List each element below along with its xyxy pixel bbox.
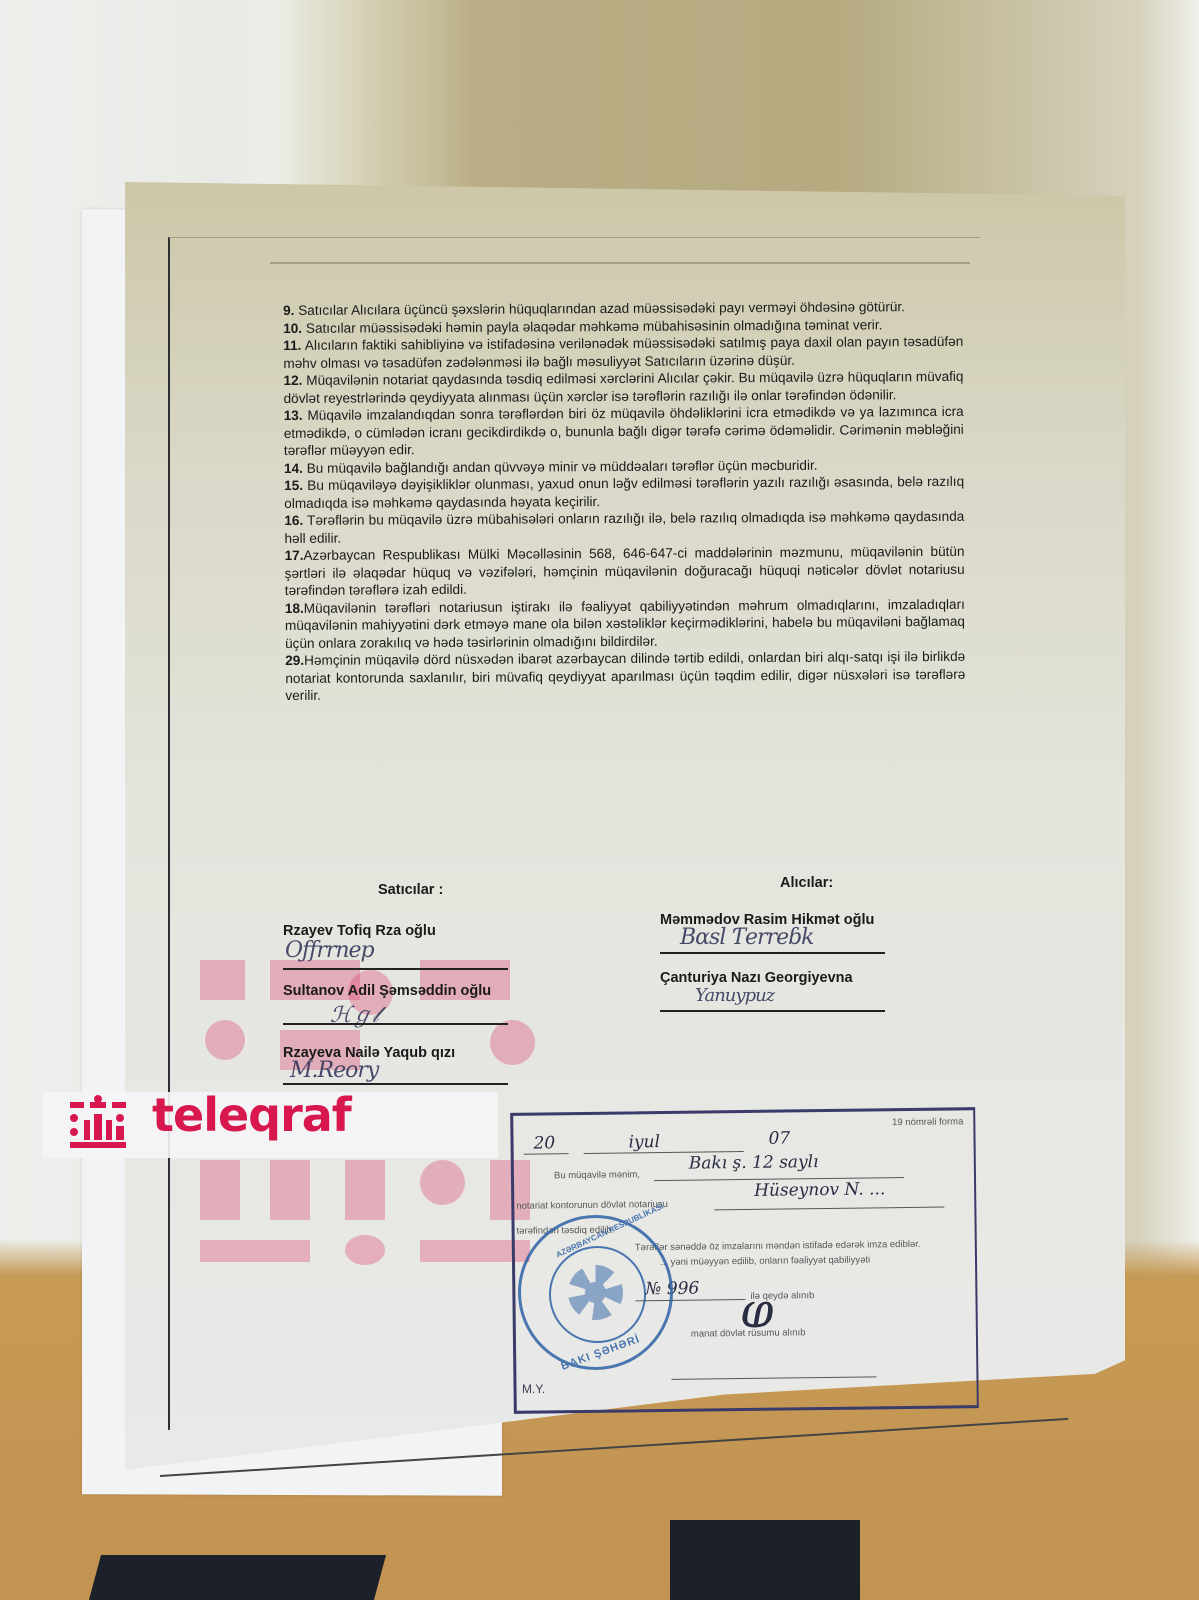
clause: 12. Müqavilənin notariat qaydasında təsd… xyxy=(283,368,963,407)
clause: 11. Alıcıların faktiki sahibliyinə və is… xyxy=(283,333,963,372)
seller-name: Sultanov Adil Şəmsəddin oğlu xyxy=(283,983,491,999)
form-label: 19 nömrəli forma xyxy=(892,1116,963,1128)
signature-line xyxy=(283,968,508,970)
signature-line xyxy=(660,952,885,954)
signature-line xyxy=(283,1083,508,1085)
date-day: 20 xyxy=(533,1133,555,1153)
watermark-brand: teleqraf xyxy=(152,1088,351,1142)
capacity-line: ... yəni müəyyən edilib, onların fəaliyy… xyxy=(660,1254,870,1268)
emblem-icon xyxy=(568,1265,623,1320)
clause: 16. Tərəflərin bu müqavilə üzrə mübahisə… xyxy=(284,508,964,547)
page-top-rule xyxy=(270,262,970,264)
clause: 29.Həmçinin müqavilə dörd nüsxədən ibarə… xyxy=(285,648,965,705)
seller-signature: M.Reory xyxy=(290,1058,378,1083)
date-month: iyul xyxy=(628,1132,660,1152)
identity-line: Tərəflər sənəddə öz imzalarını məndən is… xyxy=(635,1239,921,1253)
notary-name: Hüseynov N. ... xyxy=(754,1179,885,1201)
seller-name: Rzayev Tofiq Rza oğlu xyxy=(283,923,436,939)
date-year: 07 xyxy=(768,1128,790,1148)
signature-line xyxy=(660,1010,885,1012)
clause: 18.Müqavilənin tərəfləri notariusun işti… xyxy=(285,595,965,652)
buyers-heading: Alıcılar: xyxy=(780,875,833,891)
background-dark-object xyxy=(89,1555,386,1600)
seller-signature: Oƒfrrnep xyxy=(285,938,374,963)
buyer-name: Çanturiya Nazı Georgiyevna xyxy=(660,970,853,986)
notary-signature: ⱷ xyxy=(740,1283,774,1339)
buyer-signature: Bɑsl Ƭerreɓk xyxy=(680,925,814,950)
clause: 15. Bu müqaviləyə dəyişikliklər olunması… xyxy=(284,473,964,512)
official-seal: AZƏRBAYCAN RESPUBLİKASI BAKI ŞƏHƏRİ xyxy=(518,1215,673,1370)
contract-clauses: 9. Satıcılar Alıcılara üçüncü şəxslərin … xyxy=(283,298,965,705)
contract-line-label: Bu müqavilə mənim, xyxy=(554,1169,640,1181)
background-dark-object xyxy=(670,1520,860,1600)
sellers-heading: Satıcılar : xyxy=(378,882,443,898)
seal-label: M.Y. xyxy=(522,1382,545,1396)
signature-line xyxy=(283,1023,508,1025)
clause: 17.Azərbaycan Respublikası Mülki Məcəllə… xyxy=(284,543,964,600)
notary-office: Bakı ş. 12 saylı xyxy=(689,1152,819,1174)
buyer-signature: Yanuypuz xyxy=(695,985,774,1006)
clause: 13. Müqavilə imzalandıqdan sonra tərəflə… xyxy=(284,403,964,460)
teleqraf-logo-icon xyxy=(70,1102,128,1148)
